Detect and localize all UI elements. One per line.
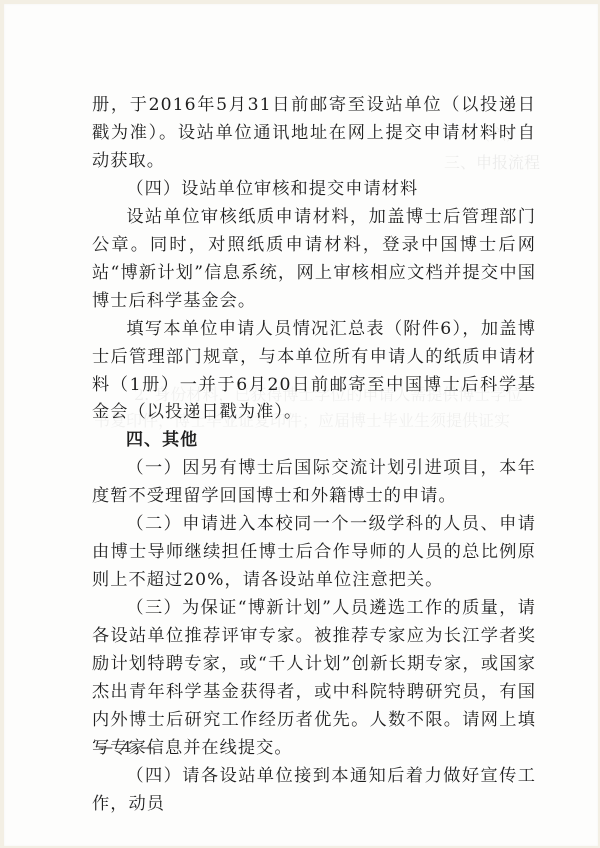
document-body: 册，于2016年5月31日前邮寄至设站单位（以投递日戳为准）。设站单位通讯地址在…: [92, 92, 536, 819]
section-heading-other: 四、其他: [92, 427, 536, 455]
paragraph-mailing-deadline: 册，于2016年5月31日前邮寄至设站单位（以投递日戳为准）。设站单位通讯地址在…: [92, 92, 536, 176]
paragraph-other-1: （一）因另有博士后国际交流计划引进项目，本年度暂不受理留学回国博士和外籍博士的申…: [92, 455, 536, 511]
page-number: — 4 —: [98, 738, 157, 756]
paragraph-other-3: （三）为保证“博新计划”人员遴选工作的质量，请各设站单位推荐评审专家。被推荐专家…: [92, 595, 536, 763]
paragraph-review-materials: 设站单位审核纸质申请材料，加盖博士后管理部门公章。同时，对照纸质申请材料，登录中…: [92, 204, 536, 316]
paragraph-summary-table: 填写本单位申请人员情况汇总表（附件6），加盖博士后管理部门规章，与本单位所有申请…: [92, 316, 536, 428]
paragraph-other-2: （二）申请进入本校同一个一级学科的人员、申请由博士导师继续担任博士后合作导师的人…: [92, 511, 536, 595]
document-page: （六） 三、申报流程 2. 身份材料，已获得博士学位的申请人需提供博士学位 书复…: [4, 4, 598, 846]
paragraph-other-4: （四）请各设站单位接到本通知后着力做好宣传工作，动员: [92, 763, 536, 819]
section-heading-review: （四）设站单位审核和提交申请材料: [92, 176, 536, 204]
